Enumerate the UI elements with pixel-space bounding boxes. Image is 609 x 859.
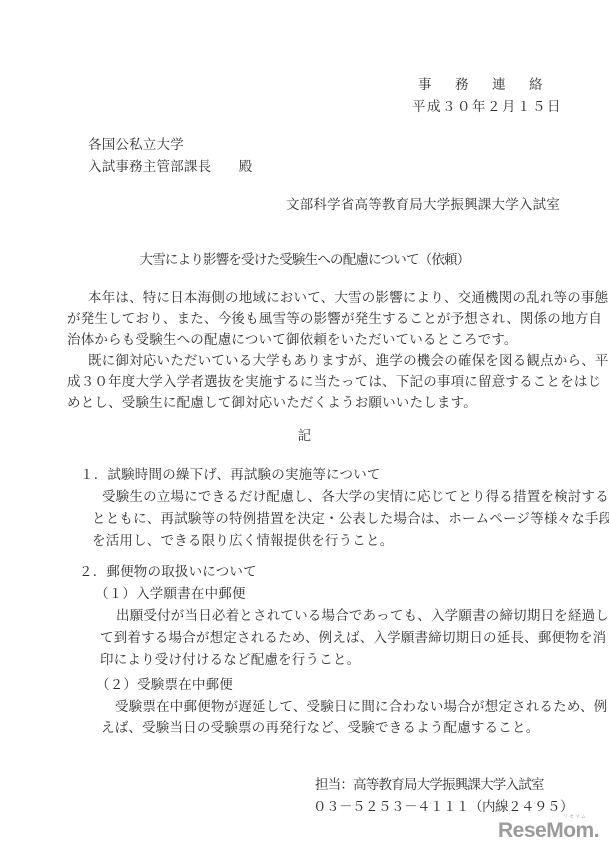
para2-line: めとし、受験生に配慮して御対応いただくようお願いいたします。 [67, 396, 477, 410]
para1-line: が発生しており、また、今後も風雪等の影響が発生することが予想され、関係の地方自 [67, 312, 602, 326]
section-1-line: を活用し、できる限り広く情報提供を行うこと。 [92, 534, 393, 548]
section-1-line: とともに、再試験等の特例措置を決定・公表した場合は、ホームページ等様々な手段 [92, 512, 609, 526]
para1-line: 治体からも受験生への配慮について御依頼をいただいているところです。 [67, 333, 518, 347]
contact-phone: ０３－５２５３－４１１１（内線２４９５） [313, 800, 573, 814]
contact-department: 担当：高等教育局大学振興課大学入試室 [315, 778, 544, 792]
sender-line: 文部科学省高等教育局大学振興課大学入試室 [286, 198, 560, 212]
section-2-item-2-line: えば、受験当日の受験票の再発行など、受験できるよう配慮すること。 [101, 721, 539, 735]
section-1-heading: １．試験時間の繰下げ、再試験の実施等について [80, 468, 381, 482]
section-2-item-1-line: 出願受付が当日必着とされている場合であっても、入学願書の締切期日を経過し [116, 609, 609, 623]
addressee-line-2: 入試事務主管部課長 殿 [88, 160, 252, 174]
para2-line: 成３０年度大学入学者選抜を実施するに当たっては、下記の事項に留意することをはじ [67, 375, 601, 389]
section-2-item-2-line: 受験票在中郵便物が遅延して、受験日に間に合わない場合が想定されるため、例 [115, 700, 607, 714]
ki-marker: 記 [0, 429, 609, 443]
section-2-item-1-line: 印により受け付けるなど配慮を行うこと。 [100, 653, 360, 667]
resemom-logo: ReseMom. [498, 820, 599, 841]
section-2-item-1-heading: （１）入学願書在中郵便 [95, 587, 246, 601]
para2-line: 既に御対応いただいている大学もありますが、進学の機会の確保を図る観点から、平 [88, 354, 609, 368]
doc-title: 大雪により影響を受けた受験生への配慮について（依頼） [0, 253, 609, 267]
para1-line: 本年は、特に日本海側の地域において、大雪の影響により、交通機関の乱れ等の事態 [88, 291, 608, 305]
addressee-line-1: 各国公私立大学 [88, 138, 184, 152]
doc-type-label: 事 務 連 絡 [418, 78, 548, 92]
doc-date: 平成３０年２月１５日 [412, 100, 562, 114]
section-2-heading: ２．郵便物の取扱いについて [79, 565, 257, 579]
document-page: 事 務 連 絡 平成３０年２月１５日 各国公私立大学 入試事務主管部課長 殿 文… [0, 0, 609, 859]
section-2-item-1-line: て到着する場合が想定されるため、例えば、入学願書締切期日の延長、郵便物を消 [100, 631, 606, 645]
section-2-item-2-heading: （２）受験票在中郵便 [96, 678, 233, 692]
section-1-line: 受験生の立場にできるだけ配慮し、各大学の実情に応じてとり得る措置を検討する [102, 490, 609, 504]
